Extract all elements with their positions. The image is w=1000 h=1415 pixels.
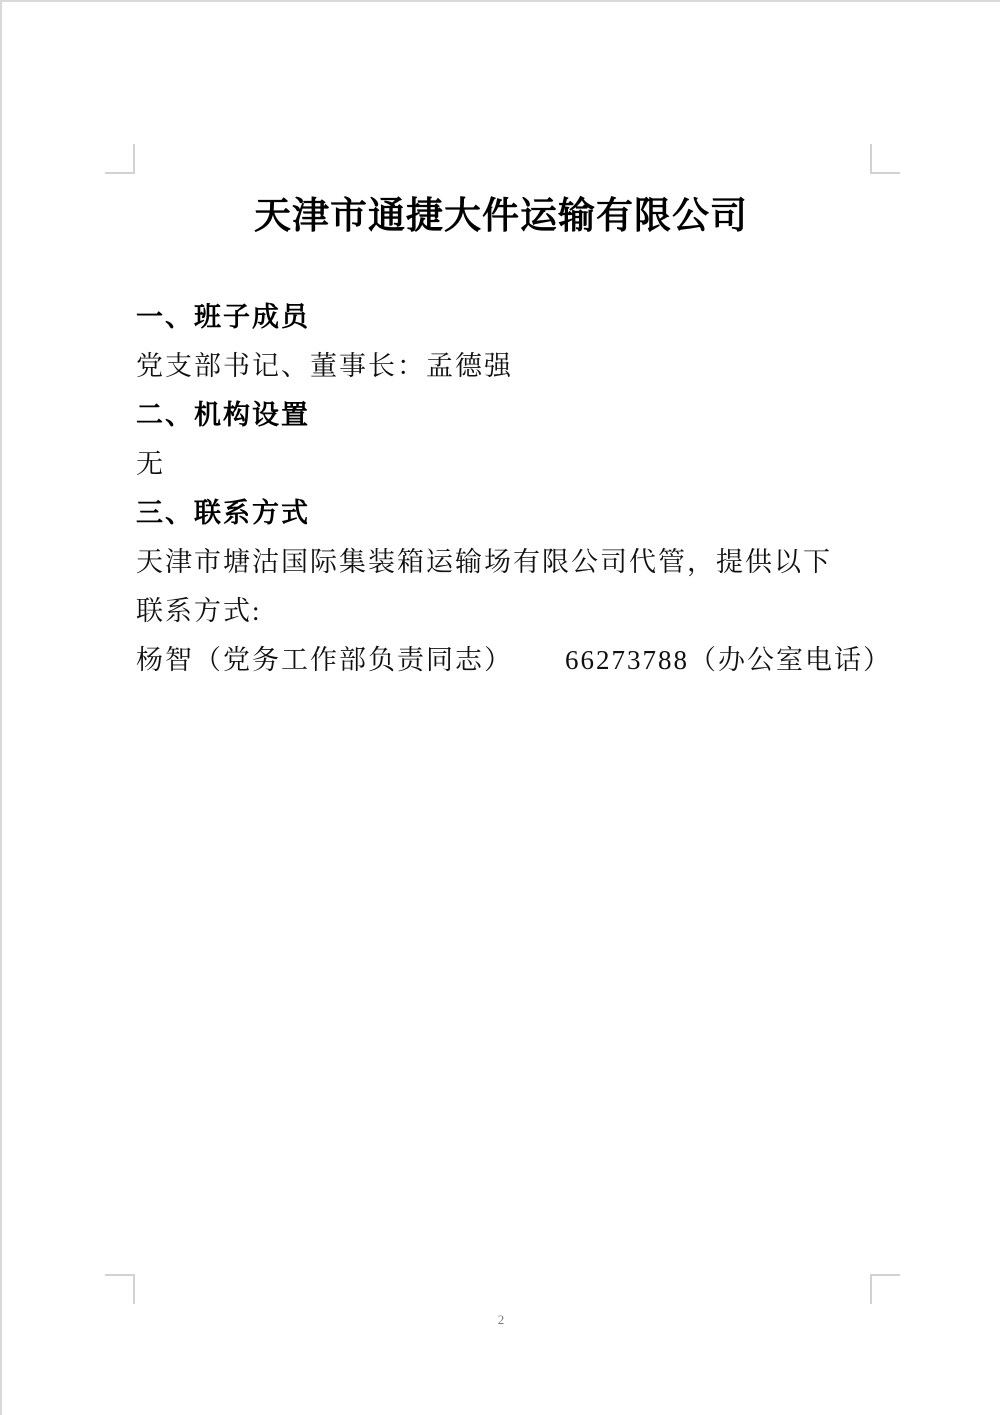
section-1-text: 党支部书记、董事长：孟德强 xyxy=(136,339,884,388)
contact-line: 杨智（党务工作部负责同志） 66273788（办公室电话） xyxy=(136,633,884,682)
section-3-heading: 三、联系方式 xyxy=(136,486,884,535)
section-3-text-line-1: 天津市塘沽国际集装箱运输场有限公司代管，提供以下 xyxy=(136,535,884,584)
crop-mark-top-left-icon xyxy=(105,144,135,174)
crop-mark-top-right-icon xyxy=(870,144,900,174)
section-3-text-line-2: 联系方式: xyxy=(136,584,884,633)
contact-person: 杨智（党务工作部负责同志） xyxy=(136,638,513,677)
section-2-heading: 二、机构设置 xyxy=(136,388,884,437)
document-body: 一、班子成员 党支部书记、董事长：孟德强 二、机构设置 无 三、联系方式 天津市… xyxy=(136,290,884,682)
crop-mark-bottom-right-icon xyxy=(870,1274,900,1304)
section-2-text: 无 xyxy=(136,437,884,486)
section-1-heading: 一、班子成员 xyxy=(136,290,884,339)
crop-mark-bottom-left-icon xyxy=(105,1274,135,1304)
page-title: 天津市通捷大件运输有限公司 xyxy=(2,185,1000,239)
document-page: 天津市通捷大件运输有限公司 一、班子成员 党支部书记、董事长：孟德强 二、机构设… xyxy=(0,0,1000,1415)
contact-phone: 66273788（办公室电话） xyxy=(565,638,892,677)
page-number: 2 xyxy=(2,1312,1000,1328)
